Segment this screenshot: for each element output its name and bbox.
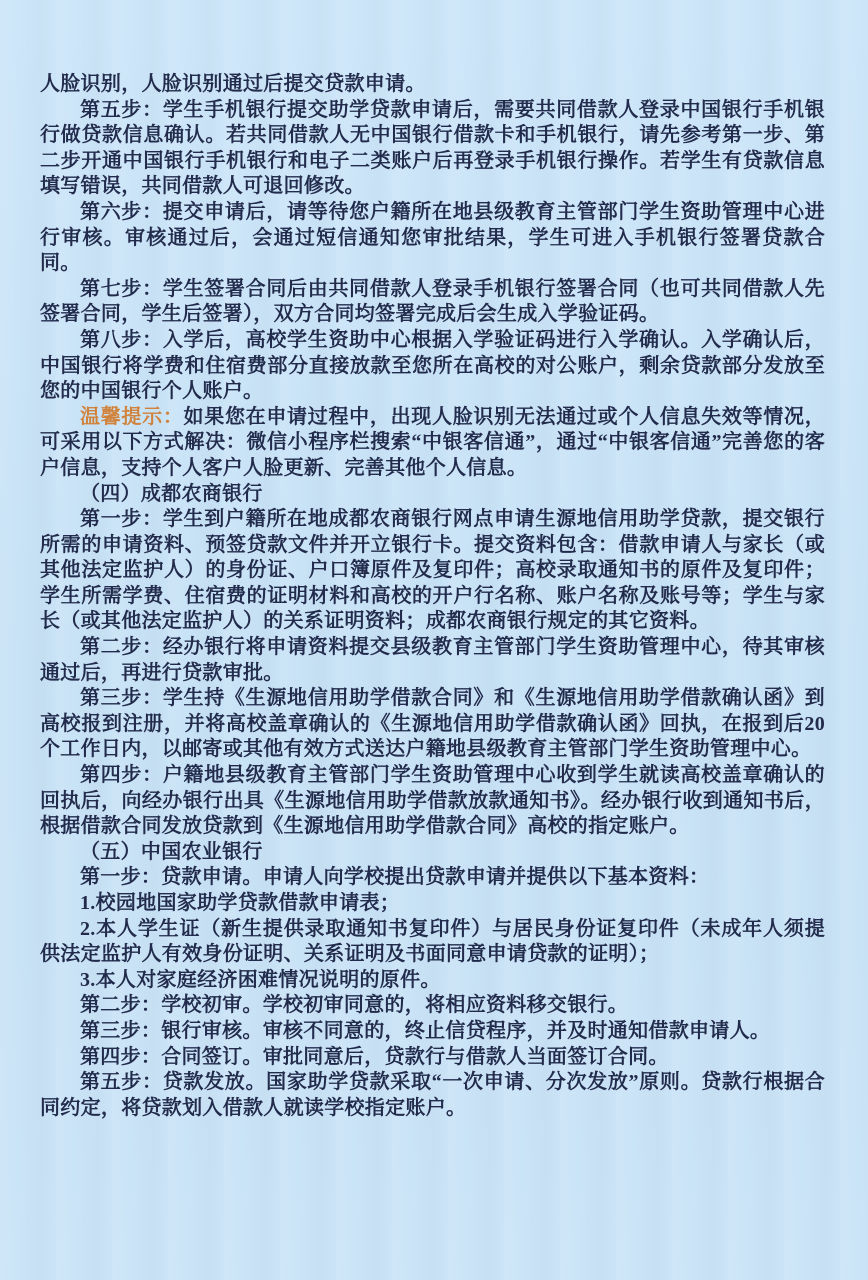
paragraph-step-8-boc: 第八步：入学后，高校学生资助中心根据入学验证码进行入学确认。入学确认后，中国银行… [40,328,825,405]
paragraph-step-1-crcb: 第一步：学生到户籍所在地成都农商银行网点申请生源地信用助学贷款，提交银行所需的申… [40,507,825,635]
heading-section-5-agricultural-bank-of-china: （五）中国农业银行 [40,840,825,866]
paragraph-item-3-abc: 3.本人对家庭经济困难情况说明的原件。 [40,968,825,994]
paragraph-step-3-abc: 第三步：银行审核。审核不同意的，终止信贷程序，并及时通知借款申请人。 [40,1019,825,1045]
paragraph-step-5-boc: 第五步：学生手机银行提交助学贷款申请后，需要共同借款人登录中国银行手机银行做贷款… [40,98,825,200]
paragraph-step-3-crcb: 第三步：学生持《生源地信用助学借款合同》和《生源地信用助学借款确认函》到高校报到… [40,686,825,763]
warm-tip-label: 温馨提示： [80,406,184,428]
paragraph-step-7-boc: 第七步：学生签署合同后由共同借款人登录手机银行签署合同（也可共同借款人先签署合同… [40,277,825,328]
paragraph-step-1-abc: 第一步：贷款申请。申请人向学校提出贷款申请并提供以下基本资料： [40,865,825,891]
paragraph-continuation: 人脸识别，人脸识别通过后提交贷款申请。 [40,72,825,98]
heading-section-4-chengdu-rural-commercial-bank: （四）成都农商银行 [40,482,825,508]
paragraph-item-2-abc: 2.本人学生证（新生提供录取通知书复印件）与居民身份证复印件（未成年人须提供法定… [40,917,825,968]
paragraph-warm-tip: 温馨提示：如果您在申请过程中，出现人脸识别无法通过或个人信息失效等情况，可采用以… [40,405,825,482]
document-page: 人脸识别，人脸识别通过后提交贷款申请。 第五步：学生手机银行提交助学贷款申请后，… [0,0,868,1280]
paragraph-step-4-crcb: 第四步：户籍地县级教育主管部门学生资助管理中心收到学生就读高校盖章确认的回执后，… [40,763,825,840]
document-body: 人脸识别，人脸识别通过后提交贷款申请。 第五步：学生手机银行提交助学贷款申请后，… [40,72,825,1121]
paragraph-step-2-abc: 第二步：学校初审。学校初审同意的，将相应资料移交银行。 [40,993,825,1019]
paragraph-step-4-abc: 第四步：合同签订。审批同意后，贷款行与借款人当面签订合同。 [40,1045,825,1071]
paragraph-item-1-abc: 1.校园地国家助学贷款借款申请表； [40,891,825,917]
paragraph-step-5-abc: 第五步：贷款发放。国家助学贷款采取“一次申请、分次发放”原则。贷款行根据合同约定… [40,1070,825,1121]
paragraph-step-2-crcb: 第二步：经办银行将申请资料提交县级教育主管部门学生资助管理中心，待其审核通过后，… [40,635,825,686]
paragraph-step-6-boc: 第六步：提交申请后，请等待您户籍所在地县级教育主管部门学生资助管理中心进行审核。… [40,200,825,277]
